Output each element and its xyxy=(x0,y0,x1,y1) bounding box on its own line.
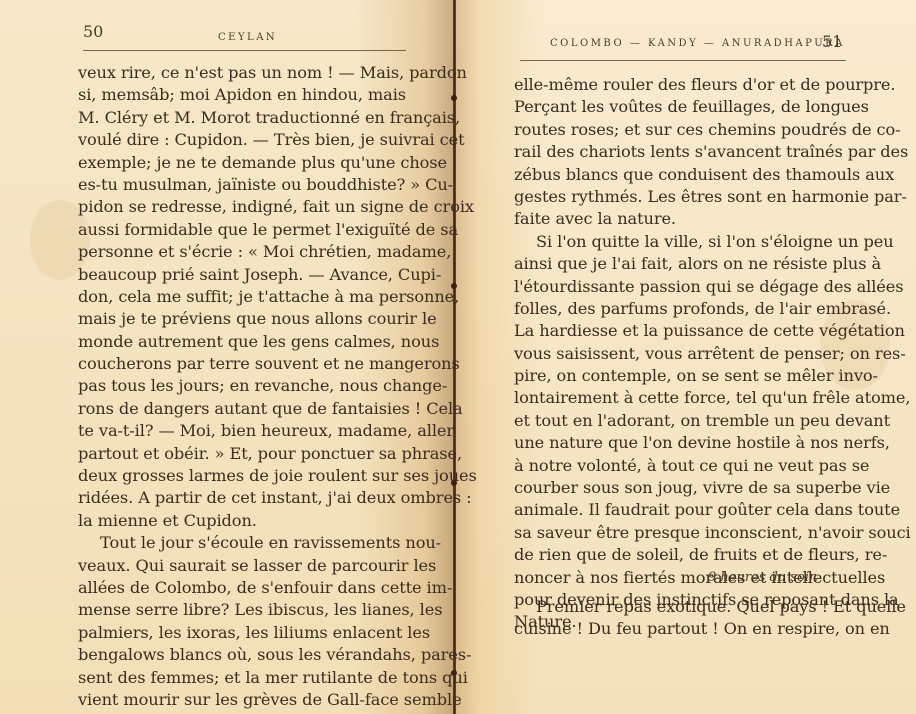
text-line: voulé dire : Cupidon. — Très bien, je su… xyxy=(78,129,400,151)
text-line: de rien que de soleil, de fruits et de f… xyxy=(514,544,848,566)
text-line: La hardiesse et la puissance de cette vé… xyxy=(514,320,848,342)
text-line: beaucoup prié saint Joseph. — Avance, Cu… xyxy=(78,264,400,286)
text-line: Si l'on quitte la ville, si l'on s'éloig… xyxy=(514,231,848,253)
text-line: mense serre libre? Les ibiscus, les lian… xyxy=(78,599,400,621)
running-head-right: COLOMBO — KANDY — ANURADHAPURA xyxy=(550,38,845,49)
text-line: sent des femmes; et la mer rutilante de … xyxy=(78,667,400,689)
text-line: aussi formidable que le permet l'exiguït… xyxy=(78,219,400,241)
page-number-left: 50 xyxy=(83,22,103,41)
text-line: zébus blancs que conduisent des thamouls… xyxy=(514,164,848,186)
text-line: faite avec la nature. xyxy=(514,208,848,230)
text-line: Premier repas exotique. Quel pays ! Et q… xyxy=(514,596,848,618)
text-line: elle-même rouler des fleurs d'or et de p… xyxy=(514,74,848,96)
text-line: don, cela me suffit; je t'attache à ma p… xyxy=(78,286,400,308)
right-page-text-continued: Premier repas exotique. Quel pays ! Et q… xyxy=(514,596,848,641)
text-line: lontairement à cette force, tel qu'un fr… xyxy=(514,387,848,409)
text-line: et tout en l'adorant, on tremble un peu … xyxy=(514,410,848,432)
text-line: vous saisissent, vous arrêtent de penser… xyxy=(514,343,848,365)
text-line: pas tous les jours; en revanche, nous ch… xyxy=(78,375,400,397)
text-line: ainsi que je l'ai fait, alors on ne rési… xyxy=(514,253,848,275)
text-line: si, memsâb; moi Apidon en hindou, mais xyxy=(78,84,400,106)
text-line: routes roses; et sur ces chemins poudrés… xyxy=(514,119,848,141)
text-line: pidon se redresse, indigné, fait un sign… xyxy=(78,196,400,218)
text-line: Tout le jour s'écoule en ravissements no… xyxy=(78,532,400,554)
text-line: M. Cléry et M. Morot traductionné en fra… xyxy=(78,107,400,129)
text-line: personne et s'écrie : « Moi chrétien, ma… xyxy=(78,241,400,263)
text-line: te va-t-il? — Moi, bien heureux, madame,… xyxy=(78,420,400,442)
text-line: rons de dangers autant que de fantaisies… xyxy=(78,398,400,420)
text-line: monde autrement que les gens calmes, nou… xyxy=(78,331,400,353)
text-line: vient mourir sur les grèves de Gall-face… xyxy=(78,689,400,711)
text-line: courber sous son joug, vivre de sa super… xyxy=(514,477,848,499)
text-line: palmiers, les ixoras, les liliums enlace… xyxy=(78,622,400,644)
text-line: partout et obéir. » Et, pour ponctuer sa… xyxy=(78,443,400,465)
text-line: une nature que l'on devine hostile à nos… xyxy=(514,432,848,454)
dateline: 9 heures du soir. xyxy=(708,570,818,585)
left-page-text: veux rire, ce n'est pas un nom ! — Mais,… xyxy=(78,62,400,711)
text-line: coucherons par terre souvent et ne mange… xyxy=(78,353,400,375)
text-line: exemple; je ne te demande plus qu'une ch… xyxy=(78,152,400,174)
text-line: cuisine ! Du feu partout ! On en respire… xyxy=(514,618,848,640)
text-line: es-tu musulman, jaïniste ou bouddhiste? … xyxy=(78,174,400,196)
text-line: folles, des parfums profonds, de l'air e… xyxy=(514,298,848,320)
text-line: la mienne et Cupidon. xyxy=(78,510,400,532)
right-page-text: elle-même rouler des fleurs d'or et de p… xyxy=(514,74,848,634)
text-line: ridées. A partir de cet instant, j'ai de… xyxy=(78,487,400,509)
text-line: pire, on contemple, on se sent se mêler … xyxy=(514,365,848,387)
page-number-right: 51 xyxy=(822,32,842,51)
text-line: mais je te préviens que nous allons cour… xyxy=(78,308,400,330)
text-line: animale. Il faudrait pour goûter cela da… xyxy=(514,499,848,521)
text-line: gestes rythmés. Les êtres sont en harmon… xyxy=(514,186,848,208)
text-line: allées de Colombo, de s'enfouir dans cet… xyxy=(78,577,400,599)
text-line: rail des chariots lents s'avancent traîn… xyxy=(514,141,848,163)
running-head-left: CEYLAN xyxy=(218,32,277,43)
text-line: deux grosses larmes de joie roulent sur … xyxy=(78,465,400,487)
text-line: Perçant les voûtes de feuillages, de lon… xyxy=(514,96,848,118)
text-line: l'étourdissante passion qui se dégage de… xyxy=(514,276,848,298)
binding-stitch xyxy=(451,95,457,101)
text-line: veux rire, ce n'est pas un nom ! — Mais,… xyxy=(78,62,400,84)
text-line: sa saveur être presque inconscient, n'av… xyxy=(514,522,848,544)
text-line: à notre volonté, à tout ce qui ne veut p… xyxy=(514,455,848,477)
text-line: veaux. Qui saurait se lasser de parcouri… xyxy=(78,555,400,577)
header-rule-left xyxy=(83,50,406,51)
header-rule-right xyxy=(520,60,846,61)
text-line: bengalows blancs où, sous les vérandahs,… xyxy=(78,644,400,666)
